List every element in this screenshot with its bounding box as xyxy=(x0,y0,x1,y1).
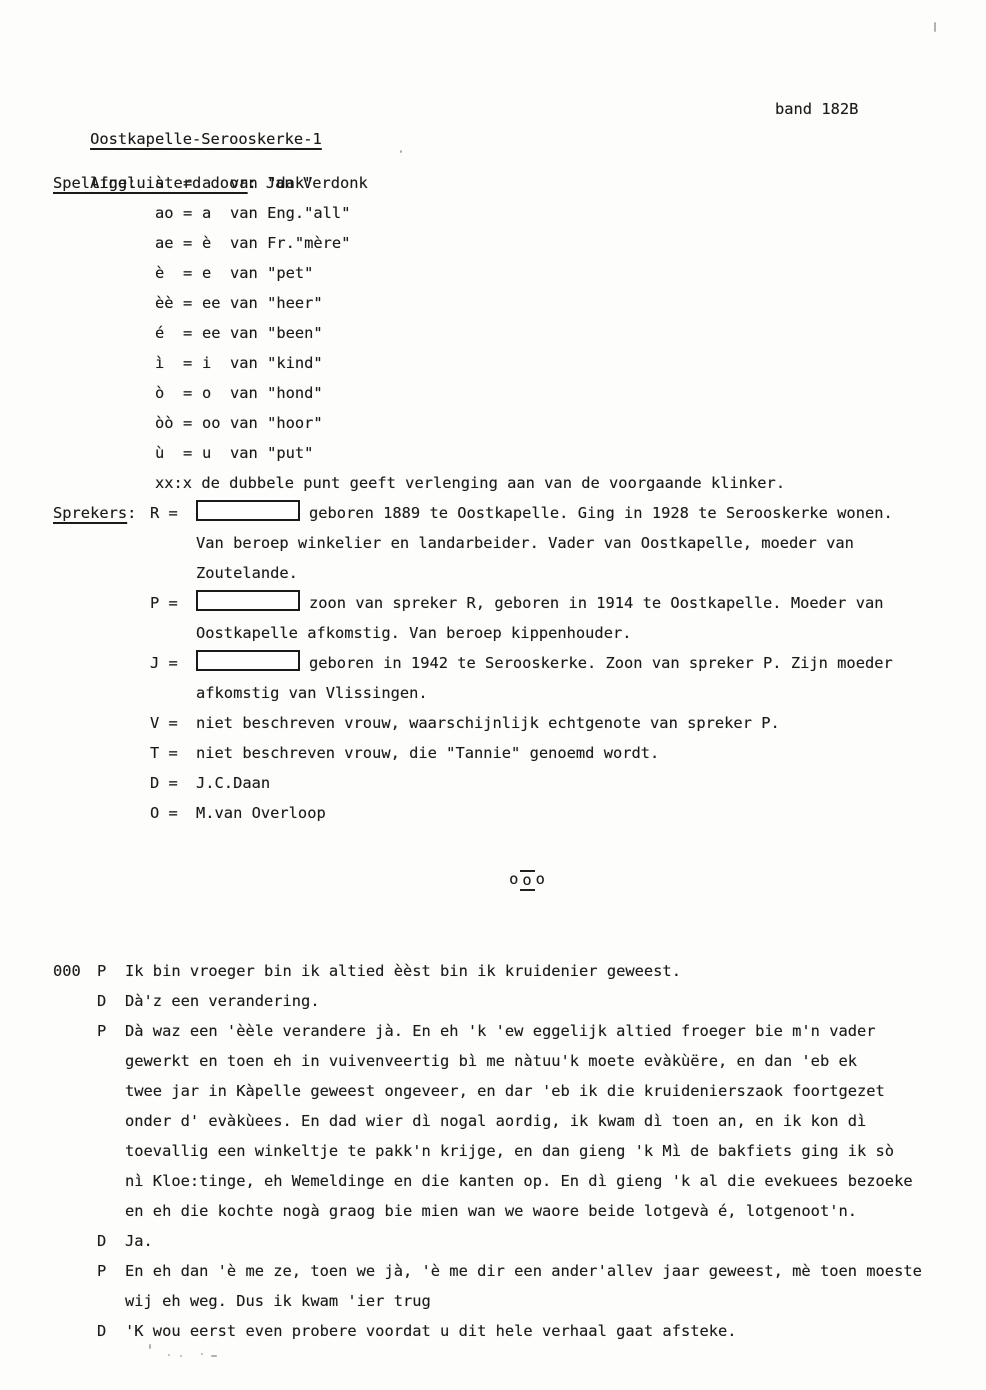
transcript-turn: 000 P Ik bin vroeger bin ik altied èèst … xyxy=(53,956,946,986)
divider-o-right: o xyxy=(536,870,546,888)
equals-sign: = xyxy=(183,198,202,228)
turn-text: 'K wou eerst even probere voordat u dit … xyxy=(125,1316,946,1346)
speaker-line: P =zoon van spreker R, geboren in 1914 t… xyxy=(196,588,946,618)
speaker-initial: P xyxy=(97,1256,125,1316)
spelling-row: ao=avan Eng."all" xyxy=(155,198,946,228)
transcript-line: nì Kloe:tinge, eh Wemeldinge en die kant… xyxy=(125,1166,946,1196)
page-title: Oostkapelle-Serooskerke-1 xyxy=(90,130,322,148)
spelling-row: é=eevan "been" xyxy=(155,318,946,348)
transcript-line: twee jar in Kàpelle geweest ongeveer, en… xyxy=(125,1076,946,1106)
spelling-example: van "hoor" xyxy=(230,414,323,432)
speaker-code: D = xyxy=(150,768,196,798)
transcript-line: gewerkt en toen eh in vuivenveertig bì m… xyxy=(125,1046,946,1076)
speaker-entry-T: T =niet beschreven vrouw, die "Tannie" g… xyxy=(196,738,946,768)
spelling-symbol: è xyxy=(155,258,183,288)
counter-index xyxy=(53,1316,97,1346)
spelling-row: ae=èvan Fr."mère" xyxy=(155,228,946,258)
spelling-row: à=avan "dak" xyxy=(155,168,946,198)
spelling-value: o xyxy=(202,378,230,408)
turn-text: Dà'z een verandering. xyxy=(125,986,946,1016)
spelling-example: van Eng."all" xyxy=(230,204,350,222)
spelling-colon: : xyxy=(127,174,136,192)
spelling-symbol: ae xyxy=(155,228,183,258)
spelling-symbol: òò xyxy=(155,408,183,438)
speaker-description: geboren 1889 te Oostkapelle. Ging in 192… xyxy=(309,504,893,522)
scan-speck xyxy=(400,150,402,153)
speaker-entries: R =geboren 1889 te Oostkapelle. Ging in … xyxy=(196,498,946,828)
speaker-line: Zoutelande. xyxy=(196,558,946,588)
spelling-symbol: ì xyxy=(155,348,183,378)
speaker-entry-P: P =zoon van spreker R, geboren in 1914 t… xyxy=(196,588,946,648)
speaker-entry-D: D =J.C.Daan xyxy=(196,768,946,798)
transcript-turn: D Ja. xyxy=(53,1226,946,1256)
scan-speck xyxy=(149,1344,151,1349)
speaker-code: V = xyxy=(150,708,196,738)
speaker-description: M.van Overloop xyxy=(196,804,326,822)
redaction-box xyxy=(196,500,300,521)
counter-index xyxy=(53,1016,97,1226)
spelling-symbol: ò xyxy=(155,378,183,408)
spelling-example: van "heer" xyxy=(230,294,323,312)
spelling-symbol: ao xyxy=(155,198,183,228)
speakers-label: Sprekers: xyxy=(53,498,136,528)
speaker-line: Oostkapelle afkomstig. Van beroep kippen… xyxy=(196,618,946,648)
speaker-description: J.C.Daan xyxy=(196,774,270,792)
transcript-turn: P Dà waz een 'èèle verandere jà. En eh '… xyxy=(53,1016,946,1226)
speaker-code: R = xyxy=(150,498,196,528)
spelling-rows: à=avan "dak" ao=avan Eng."all" ae=èvan F… xyxy=(155,168,946,498)
equals-sign: = xyxy=(183,318,202,348)
equals-sign: = xyxy=(183,438,202,468)
spelling-value: u xyxy=(202,438,230,468)
scan-speck xyxy=(201,1353,203,1355)
document-header: Oostkapelle-Serooskerke-1 band 182B xyxy=(53,94,946,124)
speaker-initial: D xyxy=(97,1316,125,1346)
equals-sign: = xyxy=(183,348,202,378)
spelling-example: van "dak" xyxy=(230,174,313,192)
speaker-description: zoon van spreker R, geboren in 1914 te O… xyxy=(309,594,884,612)
spelling-symbol: à xyxy=(155,168,183,198)
spelling-example: van Fr."mère" xyxy=(230,234,350,252)
spelling-value: è xyxy=(202,228,230,258)
spelling-value: ee xyxy=(202,318,230,348)
scan-speck xyxy=(168,1354,170,1356)
speaker-line: J =geboren in 1942 te Serooskerke. Zoon … xyxy=(196,648,946,678)
transcript-line: 'K wou eerst even probere voordat u dit … xyxy=(125,1316,946,1346)
spelling-section: Spelling: à=avan "dak" ao=avan Eng."all"… xyxy=(53,168,946,498)
transcript-line: toevallig een winkeltje te pakk'n krijge… xyxy=(125,1136,946,1166)
redaction-box xyxy=(196,650,300,671)
equals-sign: = xyxy=(183,228,202,258)
speaker-line: afkomstig van Vlissingen. xyxy=(196,678,946,708)
speakers-colon: : xyxy=(127,504,136,522)
divider-o-left: o xyxy=(509,870,519,888)
spelling-value: ee xyxy=(202,288,230,318)
speaker-entry-J: J =geboren in 1942 te Serooskerke. Zoon … xyxy=(196,648,946,708)
speaker-code: P = xyxy=(150,588,196,618)
counter-index xyxy=(53,1226,97,1256)
speaker-line: Van beroep winkelier en landarbeider. Va… xyxy=(196,528,946,558)
turn-text: Dà waz een 'èèle verandere jà. En eh 'k … xyxy=(125,1016,946,1226)
speaker-line: D =J.C.Daan xyxy=(196,768,946,798)
divider-o-middle: o xyxy=(520,870,534,891)
speaker-initial: P xyxy=(97,956,125,986)
transcript-line: Dà'z een verandering. xyxy=(125,986,946,1016)
transcript-section: 000 P Ik bin vroeger bin ik altied èèst … xyxy=(53,956,946,1346)
spelling-example: van "hond" xyxy=(230,384,323,402)
transcript-line: Dà waz een 'èèle verandere jà. En eh 'k … xyxy=(125,1016,946,1046)
spelling-row: ù=uvan "put" xyxy=(155,438,946,468)
speaker-entry-R: R =geboren 1889 te Oostkapelle. Ging in … xyxy=(196,498,946,588)
spelling-value: a xyxy=(202,198,230,228)
speaker-line: O =M.van Overloop xyxy=(196,798,946,828)
transcript-line: En eh dan 'è me ze, toen we jà, 'è me di… xyxy=(125,1256,946,1286)
spelling-example: van "pet" xyxy=(230,264,313,282)
spelling-example: van "kind" xyxy=(230,354,323,372)
speaker-code: J = xyxy=(150,648,196,678)
speaker-line: T =niet beschreven vrouw, die "Tannie" g… xyxy=(196,738,946,768)
spelling-example: van "been" xyxy=(230,324,323,342)
speaker-description: niet beschreven vrouw, die "Tannie" geno… xyxy=(196,744,659,762)
spelling-row: èè=eevan "heer" xyxy=(155,288,946,318)
spelling-row: ò=ovan "hond" xyxy=(155,378,946,408)
scan-speck xyxy=(934,22,936,32)
speakers-section: Sprekers: R =geboren 1889 te Oostkapelle… xyxy=(53,498,946,828)
spelling-example: van "put" xyxy=(230,444,313,462)
equals-sign: = xyxy=(183,378,202,408)
speaker-initial: D xyxy=(97,986,125,1016)
spelling-row: òò=oovan "hoor" xyxy=(155,408,946,438)
counter-index: 000 xyxy=(53,956,97,986)
transcript-turn: D Dà'z een verandering. xyxy=(53,986,946,1016)
equals-sign: = xyxy=(183,258,202,288)
spelling-label: Spelling: xyxy=(53,168,136,198)
spelling-value: a xyxy=(202,168,230,198)
spelling-symbol: èè xyxy=(155,288,183,318)
equals-sign: = xyxy=(183,408,202,438)
speaker-entry-O: O =M.van Overloop xyxy=(196,798,946,828)
turn-text: En eh dan 'è me ze, toen we jà, 'è me di… xyxy=(125,1256,946,1316)
speaker-line: R =geboren 1889 te Oostkapelle. Ging in … xyxy=(196,498,946,528)
document-page: Oostkapelle-Serooskerke-1 band 182B Afge… xyxy=(0,0,986,1390)
turn-text: Ja. xyxy=(125,1226,946,1256)
spelling-value: i xyxy=(202,348,230,378)
spelling-value: oo xyxy=(202,408,230,438)
equals-sign: = xyxy=(183,288,202,318)
equals-sign: = xyxy=(183,168,202,198)
speaker-code: O = xyxy=(150,798,196,828)
spelling-symbol: ù xyxy=(155,438,183,468)
speaker-code: T = xyxy=(150,738,196,768)
scan-speck xyxy=(180,1355,182,1357)
counter-index xyxy=(53,1256,97,1316)
speaker-initial: P xyxy=(97,1016,125,1226)
spelling-value: e xyxy=(202,258,230,288)
transcript-line: onder d' evàkùees. En dad wier dì nogal … xyxy=(125,1106,946,1136)
spelling-row: ì=ivan "kind" xyxy=(155,348,946,378)
transcript-line: wij eh weg. Dus ik kwam 'ier trug xyxy=(125,1286,946,1316)
spelling-symbol: é xyxy=(155,318,183,348)
spelling-row: è=evan "pet" xyxy=(155,258,946,288)
spelling-note: xx:x de dubbele punt geeft verlenging aa… xyxy=(155,468,946,498)
speaker-entry-V: V =niet beschreven vrouw, waarschijnlijk… xyxy=(196,708,946,738)
transcript-turn: D 'K wou eerst even probere voordat u di… xyxy=(53,1316,946,1346)
scan-speck xyxy=(211,1355,217,1357)
speaker-line: V =niet beschreven vrouw, waarschijnlijk… xyxy=(196,708,946,738)
counter-index xyxy=(53,986,97,1016)
section-divider: ooo xyxy=(53,864,946,894)
transcript-line: Ik bin vroeger bin ik altied èèst bin ik… xyxy=(125,956,946,986)
speaker-description: niet beschreven vrouw, waarschijnlijk ec… xyxy=(196,714,780,732)
transcript-turn: P En eh dan 'è me ze, toen we jà, 'è me … xyxy=(53,1256,946,1316)
turn-text: Ik bin vroeger bin ik altied èèst bin ik… xyxy=(125,956,946,986)
speaker-description: geboren in 1942 te Serooskerke. Zoon van… xyxy=(309,654,893,672)
speaker-initial: D xyxy=(97,1226,125,1256)
transcript-line: Ja. xyxy=(125,1226,946,1256)
redaction-box xyxy=(196,590,300,611)
transcript-line: en eh die kochte nogà graog bie mien wan… xyxy=(125,1196,946,1226)
band-label: band 182B xyxy=(775,94,858,124)
